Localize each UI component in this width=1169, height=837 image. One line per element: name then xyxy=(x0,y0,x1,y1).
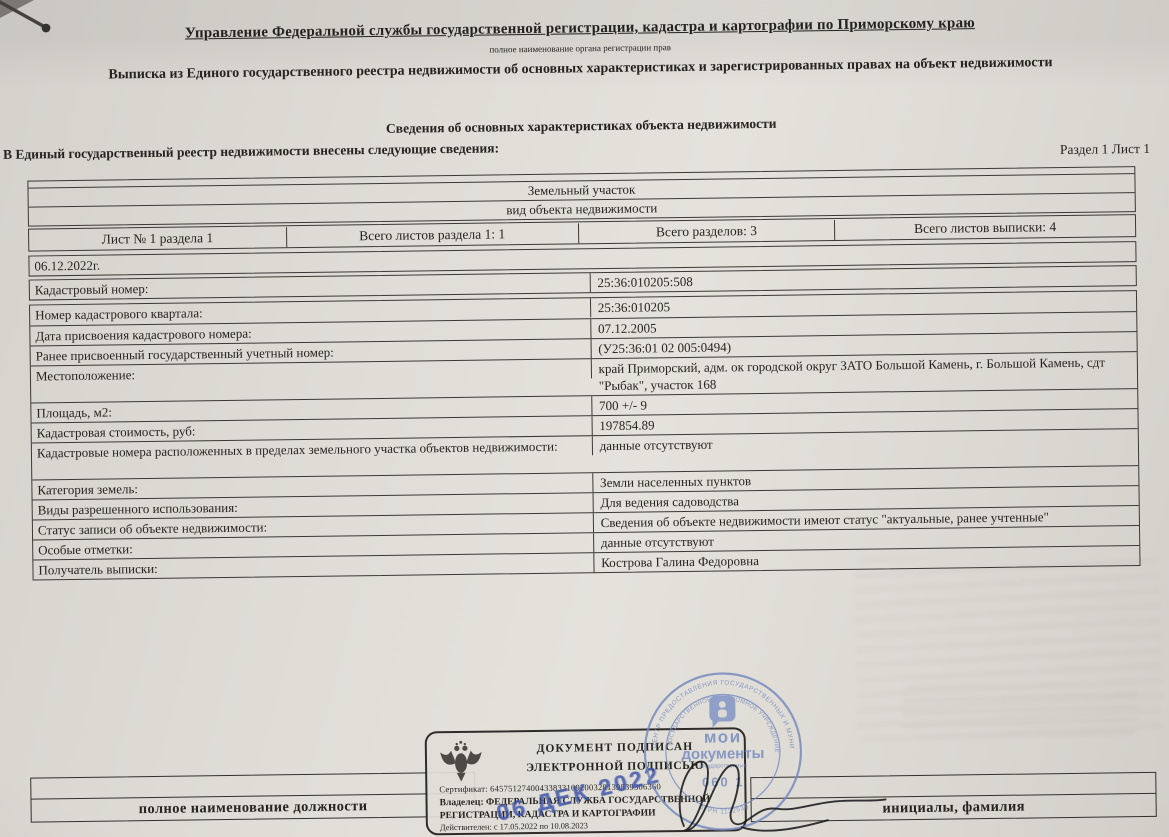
pin-icon xyxy=(0,0,60,42)
sheet-info-cell: Всего листов выписки: 4 xyxy=(834,216,1135,240)
section-page-label: Раздел 1 Лист 1 xyxy=(1060,141,1150,158)
sheet-info-cell: Всего листов раздела 1: 1 xyxy=(286,223,578,247)
sheet-info-cell: Всего разделов: 3 xyxy=(578,220,835,243)
bleed-through-text xyxy=(902,683,1138,738)
position-signature-box: полное наименование должности xyxy=(30,772,476,823)
document-photo: Управление Федеральной службы государств… xyxy=(0,0,1169,837)
document-sheet: Управление Федеральной службы государств… xyxy=(0,0,1169,837)
position-caption: полное наименование должности xyxy=(31,794,474,822)
sheet-info-cell: Лист № 1 раздела 1 xyxy=(29,227,286,250)
handwritten-signature xyxy=(645,721,906,837)
row-label: Кадастровый номер: xyxy=(30,273,591,299)
date-note: 06.12.2022г. xyxy=(29,256,104,276)
coat-of-arms-icon xyxy=(439,738,484,787)
row-value: 25:36:010205:508 xyxy=(590,266,1135,292)
row-value: край Приморский, адм. ок городской округ… xyxy=(592,352,1138,395)
characteristics-table: Номер кадастрового квартала: 25:36:01020… xyxy=(29,290,1141,580)
intro-line: В Единый государственный реестр недвижим… xyxy=(3,140,499,162)
section-title: Сведения об основных характеристиках объ… xyxy=(0,111,1166,142)
bleed-through-text xyxy=(854,555,1161,741)
